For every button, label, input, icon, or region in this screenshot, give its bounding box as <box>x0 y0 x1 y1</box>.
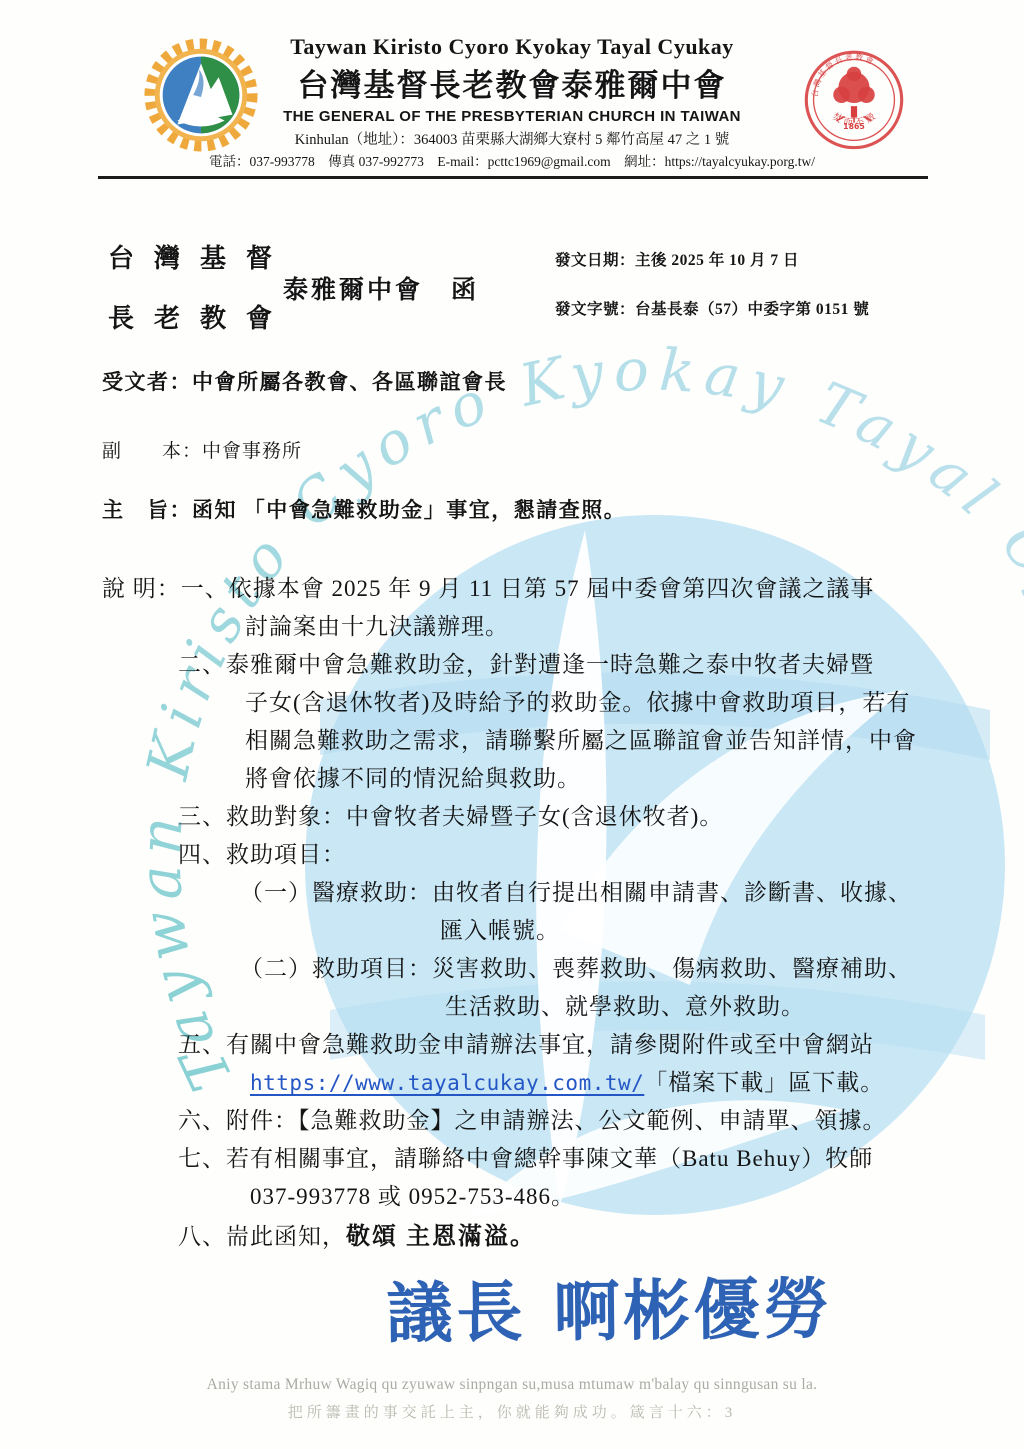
url-suffix-text: 「檔案下載」區下載。 <box>644 1070 884 1095</box>
body-line-phone: 037-993778 或 0952-753-486。 <box>250 1178 575 1211</box>
body-line: 討論案由十九決議辦理。 <box>245 608 509 641</box>
closing-prefix: 八、耑此函知， <box>178 1224 346 1249</box>
body-line: 生活救助、就學救助、意外救助。 <box>445 988 805 1021</box>
body-line: 四、救助項目： <box>178 836 346 869</box>
body-line: 匯入帳號。 <box>440 912 560 945</box>
recipient-line: 受文者：中會所屬各教會、各區聯誼會長 <box>102 366 507 396</box>
body-line: 說 明：一、依據本會 2025 年 9 月 11 日第 57 屆中委會第四次會議… <box>102 570 874 603</box>
website-link[interactable]: https://www.tayalcukay.com.tw/ <box>250 1071 644 1095</box>
body-line-closing: 八、耑此函知，敬頌 主恩滿溢。 <box>178 1216 536 1251</box>
footer-tayal-verse: Aniy stama Mrhuw Wagiq qu zyuwaw sinpnga… <box>0 1376 1024 1394</box>
body-line: （二）救助項目：災害救助、喪葬救助、傷病救助、醫療補助、 <box>240 950 912 983</box>
body-line: （一）醫療救助：由牧者自行提出相關申請書、診斷書、收據、 <box>240 874 912 907</box>
body-line-url: https://www.tayalcukay.com.tw/「檔案下載」區下載。 <box>250 1064 884 1097</box>
header-divider <box>98 176 928 179</box>
footer-chinese-verse: 把所籌畫的事交託上主，你就能夠成功。箴言十六：3 <box>0 1401 1024 1422</box>
issue-date: 發文日期：主後 2025 年 10 月 7 日 <box>555 248 799 270</box>
letterhead-org-line1: 台灣基督 <box>108 238 292 275</box>
body-line: 六、附件：【急難救助金】之申請辦法、公文範例、申請單、領據。 <box>178 1102 887 1135</box>
body-line: 五、有關中會急難救助金申請辦法事宜，請參閱附件或至中會網站 <box>178 1026 874 1059</box>
body-line: 三、救助對象：中會牧者夫婦暨子女(含退休牧者)。 <box>178 798 723 831</box>
pct-burning-bush-seal-icon: 台灣基督長老教會 1865 焚而不燬 <box>802 46 906 158</box>
letterhead-doc-title: 泰雅爾中會 函 <box>283 270 479 306</box>
closing-blessing: 敬頌 主恩滿溢。 <box>346 1224 536 1250</box>
moderator-signature: 議長 啊彬優勞 <box>320 1255 901 1356</box>
body-line: 相關急難救助之需求，請聯繫所屬之區聯誼會並告知詳情，中會 <box>245 722 917 755</box>
body-line: 將會依據不同的情況給與救助。 <box>245 760 581 793</box>
cc-line: 副 本：中會事務所 <box>102 436 302 463</box>
letterhead-org-line2: 長老教會 <box>108 298 292 335</box>
body-line: 七、若有相關事宜，請聯絡中會總幹事陳文華（Batu Behuy）牧師 <box>178 1140 873 1173</box>
letter-page: Taywan Kiristo Cyoro Kyokay Tayal Cyukay… <box>0 0 1024 1449</box>
subject-line: 主 旨：函知 「中會急難救助金」事宜，懇請查照。 <box>102 494 626 524</box>
body-line: 子女(含退休牧者)及時給予的救助金。依據中會救助項目，若有 <box>245 684 910 717</box>
body-line: 二、泰雅爾中會急難救助金，針對遭逢一時急難之泰中牧者夫婦暨 <box>178 646 874 679</box>
reference-number: 發文字號：台基長泰（57）中委字第 0151 號 <box>555 297 869 319</box>
